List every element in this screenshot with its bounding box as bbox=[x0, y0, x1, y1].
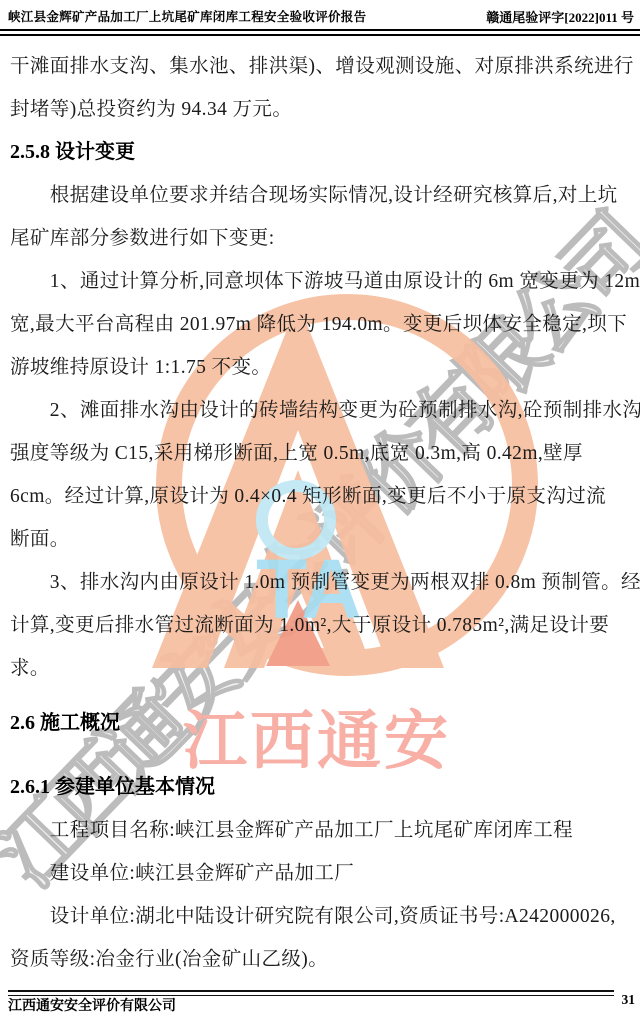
body-line: 干滩面排水支沟、集水池、排洪渠)、增设观测设施、对原排洪系统进行 bbox=[10, 45, 632, 88]
body-line: 游坡维持原设计 1:1.75 不变。 bbox=[10, 346, 632, 389]
report-page: 江西通安安全评价有限公司 TA 江西通安 峡江县金辉矿产品加工厂上坑尾矿库闭库工… bbox=[0, 0, 640, 1025]
body-line: 建设单位:峡江县金辉矿产品加工厂 bbox=[10, 852, 632, 895]
section-heading-2-6: 2.6 施工概况 bbox=[10, 702, 632, 745]
body-line: 封堵等)总投资约为 94.34 万元。 bbox=[10, 88, 632, 131]
section-heading-2-6-1: 2.6.1 参建单位基本情况 bbox=[10, 766, 632, 809]
body-line: 计算,变更后排水管过流断面为 1.0m²,大于原设计 0.785m²,满足设计要 bbox=[10, 604, 632, 647]
body-line: 工程项目名称:峡江县金辉矿产品加工厂上坑尾矿库闭库工程 bbox=[10, 809, 632, 852]
header-doc-number: 赣通尾验评字[2022]011 号 bbox=[486, 7, 634, 26]
body-line: 资质等级:冶金行业(冶金矿山乙级)。 bbox=[10, 938, 632, 981]
header-double-rule bbox=[0, 29, 640, 36]
header-report-title: 峡江县金辉矿产品加工厂上坑尾矿库闭库工程安全验收评价报告 bbox=[8, 7, 366, 25]
body-line: 宽,最大平台高程由 201.97m 降低为 194.0m。变更后坝体安全稳定,坝… bbox=[10, 303, 632, 346]
body-line: 求。 bbox=[10, 647, 632, 690]
document-body: 干滩面排水支沟、集水池、排洪渠)、增设观测设施、对原排洪系统进行 封堵等)总投资… bbox=[10, 45, 632, 981]
body-line: 6cm。经过计算,原设计为 0.4×0.4 矩形断面,变更后不小于原支沟过流 bbox=[10, 475, 632, 518]
footer-company-name: 江西通安安全评价有限公司 bbox=[8, 995, 176, 1015]
body-line: 断面。 bbox=[10, 518, 632, 561]
body-line: 1、通过计算分析,同意坝体下游坡马道由原设计的 6m 宽变更为 12m bbox=[10, 260, 632, 303]
footer-page-number: 31 bbox=[622, 992, 636, 1008]
body-line: 强度等级为 C15,采用梯形断面,上宽 0.5m,底宽 0.3m,高 0.42m… bbox=[10, 432, 632, 475]
body-line: 尾矿库部分参数进行如下变更: bbox=[10, 217, 632, 260]
body-line: 设计单位:湖北中陆设计研究院有限公司,资质证书号:A242000026, bbox=[10, 895, 632, 938]
body-line: 2、滩面排水沟由设计的砖墙结构变更为砼预制排水沟,砼预制排水沟 bbox=[10, 389, 632, 432]
body-line: 根据建设单位要求并结合现场实际情况,设计经研究核算后,对上坑 bbox=[10, 174, 632, 217]
body-line: 3、排水沟内由原设计 1.0m 预制管变更为两根双排 0.8m 预制管。经过 bbox=[10, 561, 632, 604]
section-heading-2-5-8: 2.5.8 设计变更 bbox=[10, 131, 632, 174]
